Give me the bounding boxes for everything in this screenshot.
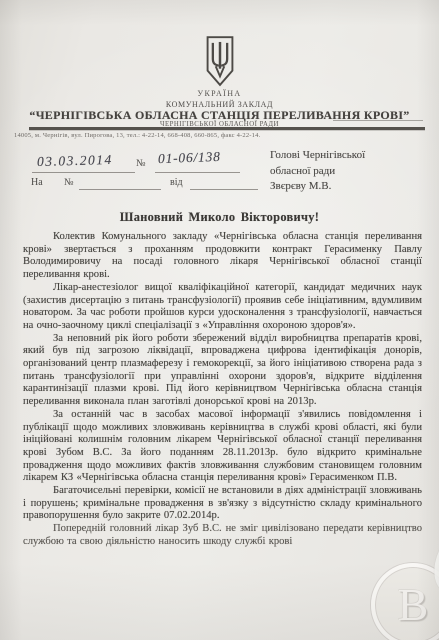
paragraph-3: За неповний рік його роботи збережений в… [23,333,422,409]
letterhead-rule [29,127,425,130]
date-underline [32,172,135,173]
reply-from-label: від [170,177,183,188]
salutation: Шановний Миколо Вікторовичу! [0,210,439,225]
paragraph-5: Багаточисельні перевірки, комісії не вст… [23,485,422,523]
number-sign: № [136,158,146,169]
paragraph-2: Лікар-анестезіолог вищої кваліфікаційної… [23,282,422,333]
address-line: 14005, м. Чернігів, вул. Пирогова, 13, т… [14,132,260,139]
country-label: УКРАЇНА [0,89,439,98]
ukraine-trident-emblem-icon [0,34,439,95]
circled-b-watermark-icon: B [371,563,439,640]
reply-number-sign: № [64,177,74,188]
recipient-line: обласної ради [270,164,365,180]
recipient-line: Звєрєву М.В. [270,179,365,195]
reply-number-underline [79,189,161,190]
letter-body: Колектив Комунального закладу «Чернігівс… [23,231,422,549]
paragraph-4: За останній час в засобах масової інформ… [23,409,422,485]
handwritten-number: 01-06/138 [158,149,221,167]
recipient-block: Голові Чернігівської обласної ради Звєрє… [270,148,365,195]
recipient-line: Голові Чернігівської [270,148,365,164]
reply-from-underline [190,189,258,190]
trident-shield-icon [199,34,241,90]
paragraph-1: Колектив Комунального закладу «Чернігівс… [23,231,422,282]
reply-prefix-label: На [31,177,43,188]
letterhead-rule-thin [333,120,423,121]
paragraph-6: Попередній головний лікар Зуб В.С. не зм… [23,523,422,548]
handwritten-date: 03.03.2014 [37,152,113,170]
scanned-letter-page: УКРАЇНА КОМУНАЛЬНИЙ ЗАКЛАД “ЧЕРНІГІВСЬКА… [0,0,439,640]
number-underline [155,172,240,173]
watermark-letter: B [398,582,429,628]
